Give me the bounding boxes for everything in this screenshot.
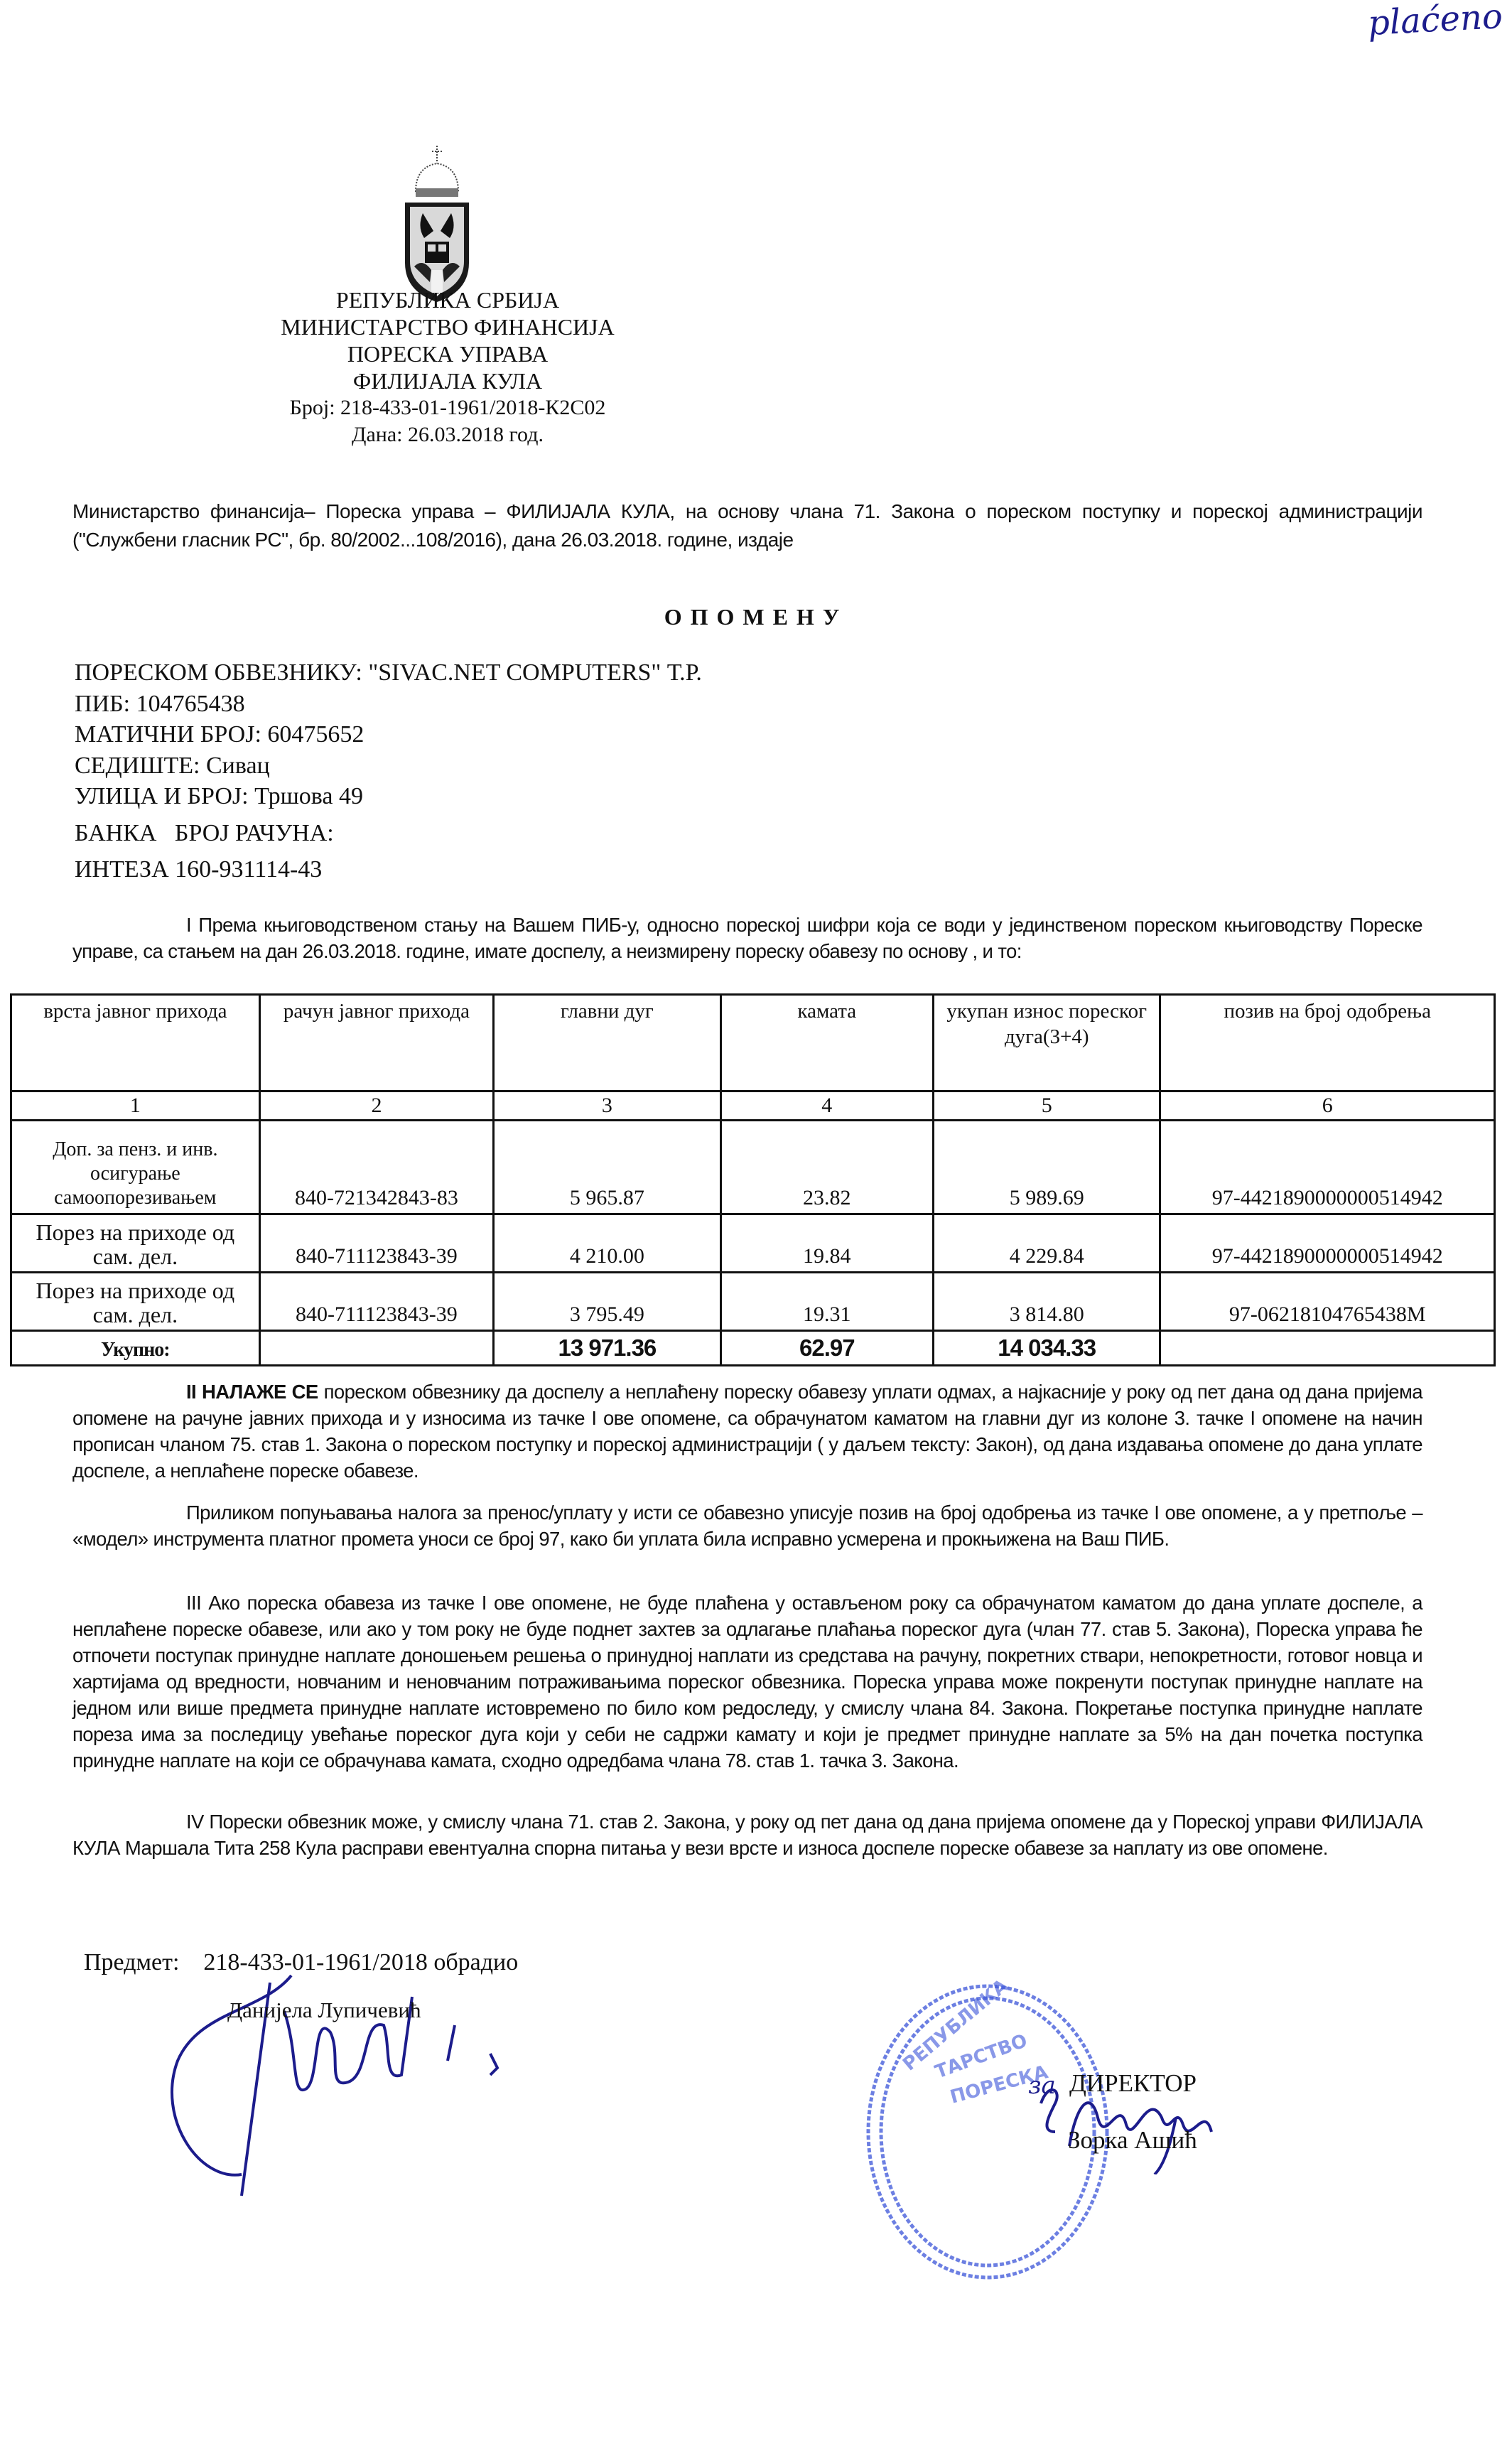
totals-label: Укупно: xyxy=(11,1331,260,1366)
document-number: Број: 218-433-01-1961/2018-К2С02 xyxy=(213,394,682,421)
col-header-interest: камата xyxy=(720,995,933,1091)
taxpayer-street: УЛИЦА И БРОЈ: Тршова 49 xyxy=(75,781,702,812)
header-line-2: МИНИСТАРСТВО ФИНАНСИЈА xyxy=(213,313,682,340)
header-line-4: ФИЛИЈАЛА КУЛА xyxy=(213,367,682,394)
director-name: Зорка Ашић xyxy=(1068,2123,1197,2157)
director-prefix-handwritten: за xyxy=(1028,2071,1056,2100)
bank-account: ИНТЕЗА 160-931114-43 xyxy=(75,854,702,885)
total: 4 229.84 xyxy=(933,1214,1160,1273)
header-line-3: ПОРЕСКА УПРАВА xyxy=(213,340,682,367)
section-1-text: I Према књиговодственом стању на Вашем П… xyxy=(72,912,1422,964)
col-number: 3 xyxy=(494,1091,720,1121)
document-date: Дана: 26.03.2018 год. xyxy=(213,421,682,448)
taxpayer-mb: МАТИЧНИ БРОЈ: 60475652 xyxy=(75,719,702,750)
table-row: Порез на приходе од сам. дел. 840-711123… xyxy=(11,1214,1495,1273)
subject-block: Предмет: 218-433-01-1961/2018 обрадио Да… xyxy=(84,1949,518,2023)
revenue-account: 840-711123843-39 xyxy=(259,1273,494,1331)
col-header-reference: позив на број одобрења xyxy=(1160,995,1495,1091)
col-number: 1 xyxy=(11,1091,260,1121)
reference-number: 97-4421890000000514942 xyxy=(1160,1121,1495,1214)
totals-total: 14 034.33 xyxy=(933,1331,1160,1366)
revenue-type: Порез на приходе од сам. дел. xyxy=(11,1273,260,1331)
bank-label: БАНКА БРОЈ РАЧУНА: xyxy=(75,818,702,849)
col-header-revenue-type: врста јавног прихода xyxy=(11,995,260,1091)
revenue-account: 840-721342843-83 xyxy=(259,1121,494,1214)
totals-empty xyxy=(259,1331,494,1366)
total: 3 814.80 xyxy=(933,1273,1160,1331)
totals-empty xyxy=(1160,1331,1495,1366)
interest: 19.84 xyxy=(720,1214,933,1273)
section-2-heading: II НАЛАЖЕ СЕ xyxy=(186,1381,318,1403)
principal: 3 795.49 xyxy=(494,1273,720,1331)
revenue-account: 840-711123843-39 xyxy=(259,1214,494,1273)
totals-row: Укупно: 13 971.36 62.97 14 034.33 xyxy=(11,1331,1495,1366)
reference-number: 97-06218104765438М xyxy=(1160,1273,1495,1331)
section-2-text: II НАЛАЖЕ СЕ пореском обвезнику да доспе… xyxy=(72,1379,1422,1484)
col-header-revenue-account: рачун јавног прихода xyxy=(259,995,494,1091)
tax-debt-table: врста јавног прихода рачун јавног приход… xyxy=(10,993,1496,1366)
director-title: ДИРЕКТОР xyxy=(1069,2066,1197,2101)
totals-interest: 62.97 xyxy=(720,1331,933,1366)
subject-line: Предмет: 218-433-01-1961/2018 обрадио xyxy=(84,1949,518,1976)
taxpayer-pib: ПИБ: 104765438 xyxy=(75,689,702,720)
coat-of-arms-icon xyxy=(401,131,472,306)
revenue-type: Доп. за пенз. и инв. осигурање самоопоре… xyxy=(11,1121,260,1214)
taxpayer-seat: СЕДИШТЕ: Сивац xyxy=(75,750,702,782)
col-header-principal: главни дуг xyxy=(494,995,720,1091)
principal: 4 210.00 xyxy=(494,1214,720,1273)
reference-number: 97-4421890000000514942 xyxy=(1160,1214,1495,1273)
table-row: Порез на приходе од сам. дел. 840-711123… xyxy=(11,1273,1495,1331)
taxpayer-block: ПОРЕСКОМ ОБВЕЗНИКУ: "SIVAC.NET COMPUTERS… xyxy=(75,657,702,885)
section-4-text: IV Порески обвезник може, у смислу члана… xyxy=(72,1808,1422,1861)
col-number: 4 xyxy=(720,1091,933,1121)
taxpayer-name: ПОРЕСКОМ ОБВЕЗНИКУ: "SIVAC.NET COMPUTERS… xyxy=(75,657,702,689)
totals-principal: 13 971.36 xyxy=(494,1331,720,1366)
document-title: ОПОМЕНУ xyxy=(0,604,1512,630)
issuer-header: РЕПУБЛИКА СРБИЈА МИНИСТАРСТВО ФИНАНСИЈА … xyxy=(213,286,682,448)
principal: 5 965.87 xyxy=(494,1121,720,1214)
table-row: Доп. за пенз. и инв. осигурање самоопоре… xyxy=(11,1121,1495,1214)
payment-note: Приликом попуњавања налога за пренос/упл… xyxy=(72,1499,1422,1552)
processed-by-name: Данијела Лупичевић xyxy=(227,1998,518,2023)
col-number: 2 xyxy=(259,1091,494,1121)
table-header-row: врста јавног прихода рачун јавног приход… xyxy=(11,995,1495,1091)
header-line-1: РЕПУБЛИКА СРБИЈА xyxy=(213,286,682,313)
col-number: 6 xyxy=(1160,1091,1495,1121)
col-number: 5 xyxy=(933,1091,1160,1121)
director-block: ДИРЕКТОР Зорка Ашић xyxy=(1069,2066,1197,2157)
section-3-text: III Ако пореска обавеза из тачке I ове о… xyxy=(72,1590,1422,1774)
total: 5 989.69 xyxy=(933,1121,1160,1214)
revenue-type: Порез на приходе од сам. дел. xyxy=(11,1214,260,1273)
column-number-row: 1 2 3 4 5 6 xyxy=(11,1091,1495,1121)
interest: 19.31 xyxy=(720,1273,933,1331)
col-header-total: укупан износ пореског дуга(3+4) xyxy=(933,995,1160,1091)
intro-paragraph: Министарство финансија– Пореска управа –… xyxy=(72,497,1422,554)
handwritten-paid-note: plaćeno xyxy=(1367,0,1503,43)
interest: 23.82 xyxy=(720,1121,933,1214)
